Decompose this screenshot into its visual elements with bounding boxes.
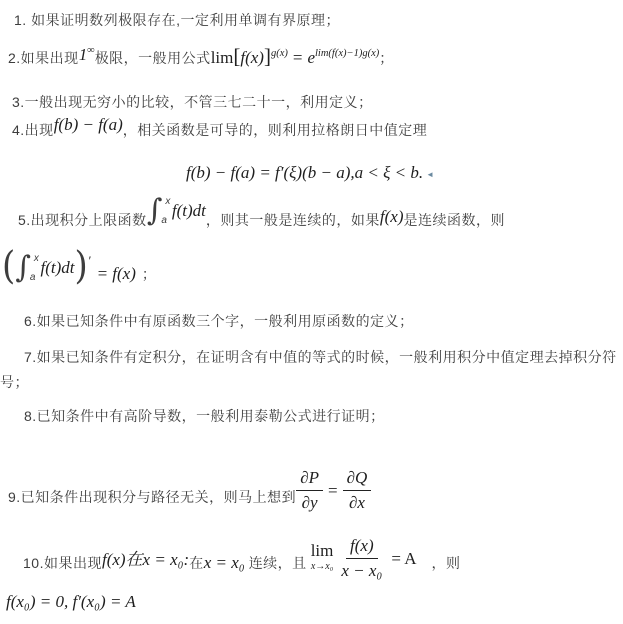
limit-operator-block: limx→x₀ [311,541,334,577]
return-mark-icon: ◄ [426,170,434,179]
paragraph-2-text: 2.如果出现 [8,48,79,68]
denominator-dx: ∂x [345,491,369,513]
formula-fb-minus-fa: f(b) − f(a) [54,115,123,135]
right-bracket: ] [264,44,271,68]
paragraph-5: 5.出现积分上限函数 ∫ xa f(t)dt ，则其一般是连续的，如果 f(x)… [18,198,505,230]
lim-operator: lim [211,48,234,67]
paragraph-2: 2.如果出现 1∞ 极限，一般用公式 lim[f(x)]g(x)=elim(f(… [8,46,394,68]
paragraph-4-text: 4.出现 [12,120,54,140]
formula-5-semicolon: ； [142,264,157,284]
paragraph-2-text-2: 极限，一般用公式 [95,48,211,68]
integral-expression: ∫ xa f(t)dt [15,252,74,284]
denominator-x-minus-x0: x − x₀ [337,559,386,581]
equals-A: = A [391,549,416,569]
formula-lagrange-mvt: f(b) − f(a) = f′(ξ)(b − a),a < ξ < b. ◄ [186,163,434,183]
big-right-paren: ) [74,246,87,286]
formula-integral-derivative: ( ∫ xa f(t)dt ) ′ = f(x) ； [2,248,156,284]
integral-sign: ∫ [15,252,31,284]
fraction-dq-dx: ∂Q∂x [343,468,372,513]
paragraph-8: 8.已知条件中有高阶导数，一般利用泰勒公式进行证明； [24,406,385,426]
paragraph-4: 4.出现 f(b) − f(a) ，相关函数是可导的，则利用拉格朗日中值定理 [12,120,427,140]
paragraph-6: 6.如果已知条件中有原函数三个字，一般利用原函数的定义； [24,311,414,331]
integrand: f(t)dt [172,201,206,221]
paragraph-4-text-2: ，相关函数是可导的，则利用拉格朗日中值定理 [123,120,428,140]
formula-one-to-infinity: 1∞ [79,45,95,65]
formula-limit-power: lim[f(x)]g(x)=elim(f(x)−1)g(x) [211,46,380,68]
fraction-fx-over-x-minus-x0: f(x)x − x₀ [337,536,386,581]
e-exponent: lim(f(x)−1)g(x) [315,48,379,59]
infinity-exponent: ∞ [87,45,95,56]
big-left-paren: ( [2,246,15,286]
paragraph-8-text: 8.已知条件中有高阶导数，一般利用泰勒公式进行证明； [24,406,385,426]
formula-limit-quotient: limx→x₀ f(x)x − x₀ = A [311,536,422,581]
integral-lower-bound: a [30,272,36,283]
paragraph-7-line2: 号； [0,370,623,395]
fx-term: f(x) [240,48,264,67]
paragraph-7-line1: 7.如果已知条件有定积分，在证明含有中值的等式的时候，一般利用积分中值定理去掉积… [0,345,623,370]
paragraph-5-text: 5.出现积分上限函数 [18,210,147,230]
integral-upper-bound: x [34,253,40,264]
numerator-dQ: ∂Q [343,468,372,491]
document-page: 1. 如果证明数列极限存在,一定利用单调有界原理； 2.如果出现 1∞ 极限，一… [0,0,623,624]
paragraph-5-text-3: 是连续函数，则 [403,210,505,230]
paragraph-7: 7.如果已知条件有定积分，在证明含有中值的等式的时候，一般利用积分中值定理去掉积… [0,345,623,395]
paragraph-1: 1. 如果证明数列极限存在,一定利用单调有界原理； [14,10,340,30]
denominator-dy: ∂y [298,491,322,513]
paragraph-9-text: 9.已知条件出现积分与路径无关，则马上想到 [8,487,296,507]
formula-x-equals-x0: x = x₀ [204,553,245,573]
paragraph-10-text-3: 连续，且 [249,553,307,573]
formula-base-one: 1 [79,45,88,64]
paragraph-9: 9.已知条件出现积分与路径无关，则马上想到 ∂P∂y = ∂Q∂x [8,462,371,507]
integral-sign: ∫ [147,195,163,227]
paragraph-2-semicolon: ； [379,48,394,68]
lagrange-formula-text: f(b) − f(a) = f′(ξ)(b − a),a < ξ < b. [186,163,423,183]
gx-exponent: g(x) [271,48,288,59]
numerator-fx: f(x) [346,536,378,559]
paragraph-10: 10.如果出现 f(x)在x = x₀: 在 x = x₀ 连续，且 limx→… [23,528,461,573]
prime-mark: ′ [88,251,91,271]
formula-conclusion: f(x₀) = 0, f′(x₀) = A [6,592,136,612]
numerator-dP: ∂P [296,468,323,491]
e-term: e [307,48,315,67]
fraction-dp-dy: ∂P∂y [296,468,323,513]
equals-sign: = [328,481,338,501]
formula-integral-upper-limit: ∫ xa f(t)dt [147,195,206,227]
paragraph-10-text-4: ，则 [432,553,461,573]
equals-fx: = f(x) [97,264,136,284]
equals-sign: = [293,48,303,67]
integral-bounds: xa [162,196,168,226]
formula-fx-at-x0: f(x)在x = x₀: [102,550,189,570]
integral-bounds: xa [31,253,37,283]
paragraph-10-text: 10.如果出现 [23,553,102,573]
integral-upper-bound: x [165,196,171,207]
integral-lower-bound: a [161,215,167,226]
integrand: f(t)dt [40,258,74,278]
limit-subscript: x→x₀ [311,557,333,577]
paragraph-6-text: 6.如果已知条件中有原函数三个字，一般利用原函数的定义； [24,311,414,331]
paragraph-3-text: 3.一般出现无穷小的比较，不管三七二十一，利用定义； [12,92,373,112]
conclusion-formula-text: f(x₀) = 0, f′(x₀) = A [6,592,136,612]
paragraph-5-text-2: ，则其一般是连续的，如果 [206,210,380,230]
formula-fx-inline: f(x) [380,207,404,227]
paragraph-10-text-2: 在 [189,553,204,573]
paragraph-3: 3.一般出现无穷小的比较，不管三七二十一，利用定义； [12,92,373,112]
formula-partial-derivatives: ∂P∂y = ∂Q∂x [296,468,371,513]
paragraph-1-text: 1. 如果证明数列极限存在,一定利用单调有界原理； [14,10,340,30]
